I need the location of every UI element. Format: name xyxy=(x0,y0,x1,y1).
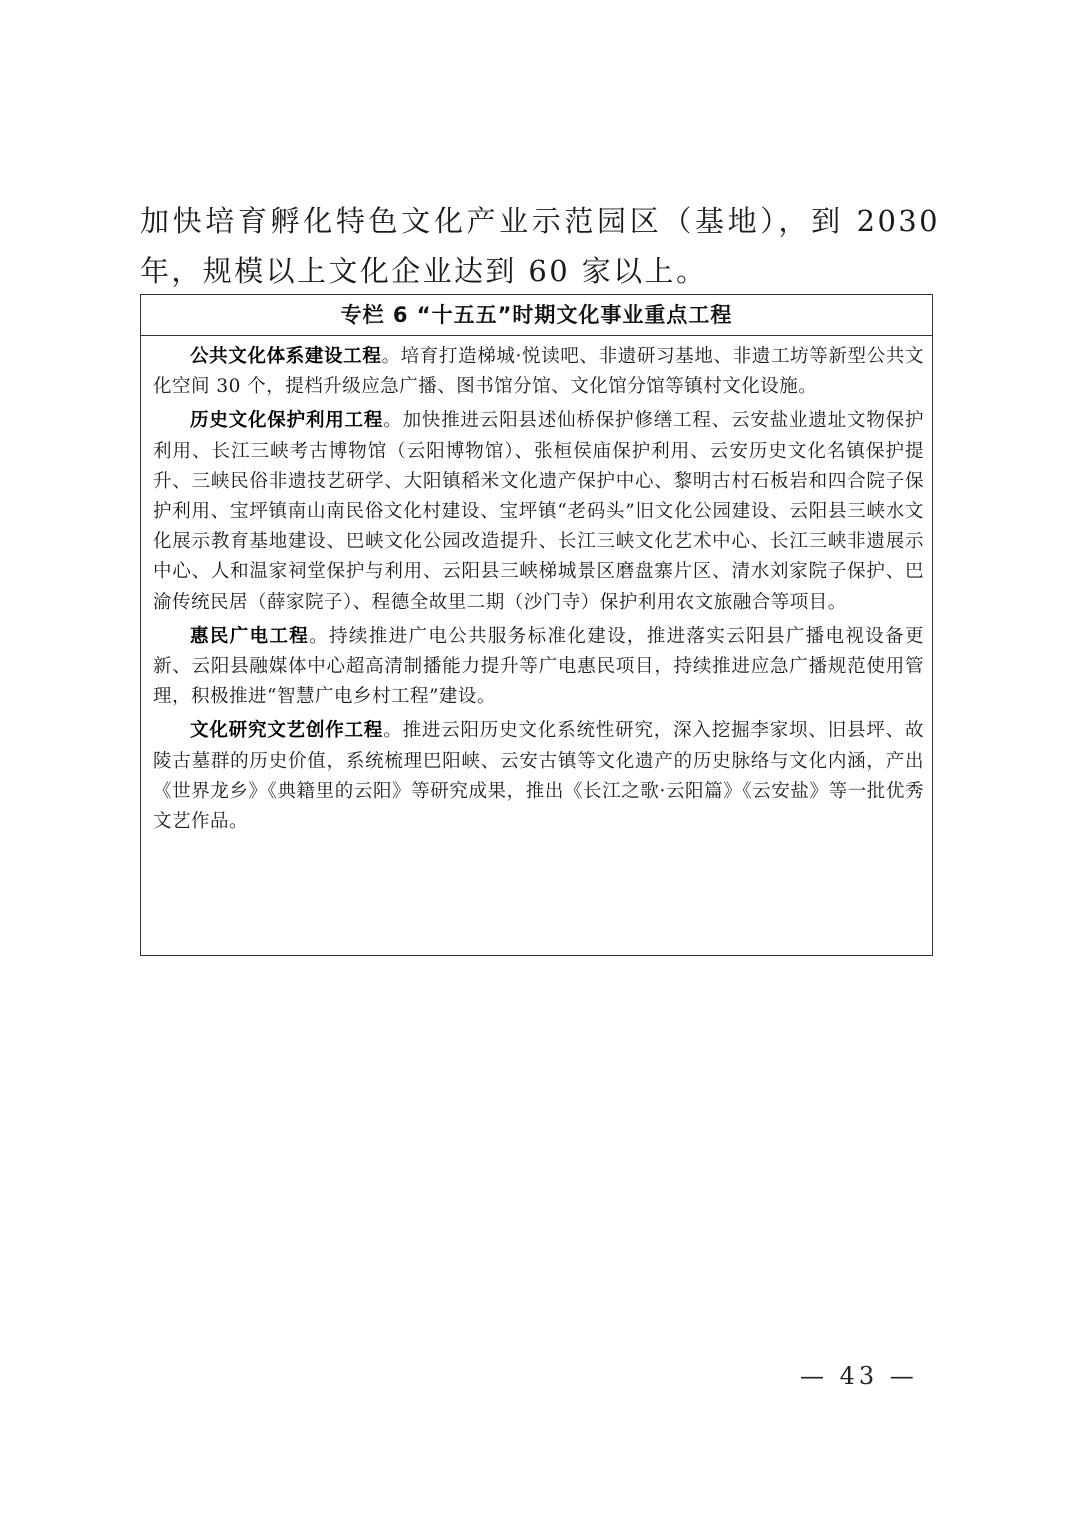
item-broadcasting: 惠民广电工程。持续推进广电公共服务标准化建设，推进落实云阳县广播电视设备更新、云… xyxy=(153,622,924,713)
column-title: 专栏 6 “十五五”时期文化事业重点工程 xyxy=(141,295,932,336)
item-research-arts: 文化研究文艺创作工程。推进云阳历史文化系统性研究，深入挖掘李家坝、旧县坪、故陵古… xyxy=(153,716,924,837)
item-heading: 文化研究文艺创作工程 xyxy=(190,720,383,741)
item-public-culture: 公共文化体系建设工程。培育打造梯城·悦读吧、非遗研习基地、非遗工坊等新型公共文化… xyxy=(153,342,924,402)
column-body: 公共文化体系建设工程。培育打造梯城·悦读吧、非遗研习基地、非遗工坊等新型公共文化… xyxy=(141,336,932,837)
page-number: — 43 — xyxy=(800,1362,918,1390)
item-heading: 公共文化体系建设工程 xyxy=(190,346,381,367)
item-heading: 历史文化保护利用工程 xyxy=(190,410,383,431)
item-heading: 惠民广电工程 xyxy=(190,626,309,647)
item-text: 。加快推进云阳县述仙桥保护修缮工程、云安盐业遗址文物保护利用、长江三峡考古博物馆… xyxy=(153,410,924,612)
column-box: 专栏 6 “十五五”时期文化事业重点工程 公共文化体系建设工程。培育打造梯城·悦… xyxy=(140,294,933,956)
item-heritage-protection: 历史文化保护利用工程。加快推进云阳县述仙桥保护修缮工程、云安盐业遗址文物保护利用… xyxy=(153,406,924,617)
intro-text: 加快培育孵化特色文化产业示范园区（基地），到 2030 年，规模以上文化企业达到… xyxy=(140,196,940,296)
intro-paragraph: 加快培育孵化特色文化产业示范园区（基地），到 2030 年，规模以上文化企业达到… xyxy=(140,196,940,296)
